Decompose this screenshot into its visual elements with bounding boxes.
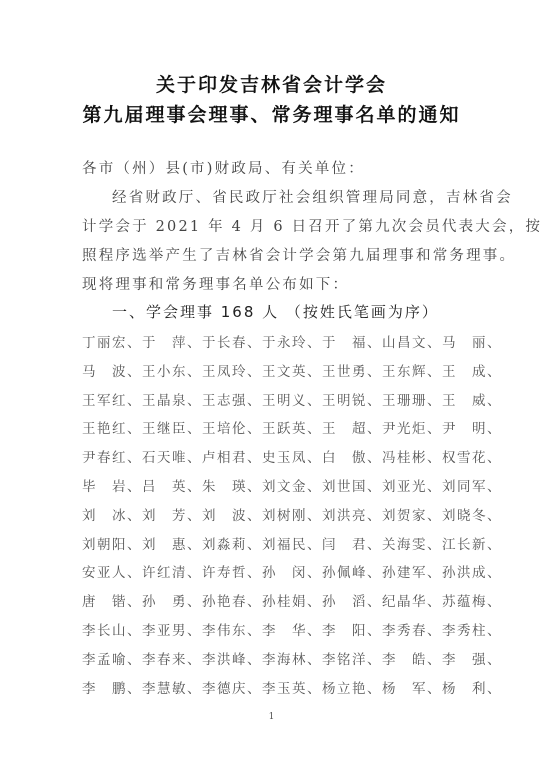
- name-entry: 于 萍、: [142, 331, 202, 351]
- name-entry: 李德庆、: [202, 677, 262, 697]
- name-entry: 刘晓冬、: [442, 504, 502, 524]
- name-entry: 王明锐、: [322, 389, 382, 409]
- name-row: 李长山、李亚男、李伟东、李 华、李 阳、李秀春、李秀柱、: [82, 619, 464, 639]
- body-line-3: 照程序选举产生了吉林省会计学会第九届理事和常务理事。: [82, 244, 462, 265]
- name-row: 王军红、王晶泉、王志强、王明义、王明锐、王珊珊、王 威、: [82, 389, 464, 409]
- name-entry: 毕 岩、: [82, 475, 142, 495]
- page-number: 1: [0, 712, 543, 722]
- name-entry: 刘 波、: [202, 504, 262, 524]
- name-entry: 杨 利、: [442, 677, 502, 697]
- name-entry: 孙 闵、: [262, 561, 322, 581]
- name-entry: 关海雯、: [382, 533, 442, 553]
- name-row: 尹春红、石天唯、卢相君、史玉凤、白 傲、冯桂彬、权雪花、: [82, 446, 464, 466]
- name-entry: 苏蕴梅、: [442, 590, 502, 610]
- name-entry: 李秀柱、: [442, 619, 502, 639]
- name-entry: 于 福、: [322, 331, 382, 351]
- name-entry: 于永玲、: [262, 331, 322, 351]
- name-entry: 李慧敏、: [142, 677, 202, 697]
- name-entry: 孙桂娟、: [262, 590, 322, 610]
- name-entry: 刘洪亮、: [322, 504, 382, 524]
- body-line-4: 现将理事和常务理事名单公布如下：: [82, 273, 462, 294]
- name-entry: 马 波、: [82, 360, 142, 380]
- title-line-2: 第九届理事会理事、常务理事名单的通知: [0, 100, 543, 127]
- name-entry: 史玉凤、: [262, 446, 322, 466]
- name-entry: 王 超、: [322, 417, 382, 437]
- name-entry: 王文英、: [262, 360, 322, 380]
- name-entry: 山昌文、: [382, 331, 442, 351]
- name-entry: 王晶泉、: [142, 389, 202, 409]
- name-entry: 于长春、: [202, 331, 262, 351]
- name-row: 唐 锴、孙 勇、孙艳春、孙桂娟、孙 滔、纪晶华、苏蕴梅、: [82, 590, 464, 610]
- name-entry: 刘福民、: [262, 533, 322, 553]
- name-entry: 刘 芳、: [142, 504, 202, 524]
- name-entry: 李海林、: [262, 648, 322, 668]
- name-entry: 王培伦、: [202, 417, 262, 437]
- name-entry: 刘同军、: [442, 475, 502, 495]
- name-entry: 杨 军、: [382, 677, 442, 697]
- name-entry: 李春来、: [142, 648, 202, 668]
- name-entry: 孙艳春、: [202, 590, 262, 610]
- name-entry: 王东辉、: [382, 360, 442, 380]
- name-entry: 丁丽宏、: [82, 331, 142, 351]
- salutation: 各市（州）县(市)财政局、有关单位：: [82, 157, 462, 178]
- name-entry: 刘世国、: [322, 475, 382, 495]
- name-entry: 许寿哲、: [202, 561, 262, 581]
- name-entry: 王珊珊、: [382, 389, 442, 409]
- name-entry: 闫 君、: [322, 533, 382, 553]
- name-entry: 李 皓、: [382, 648, 442, 668]
- name-entry: 王小东、: [142, 360, 202, 380]
- name-entry: 李 强、: [442, 648, 502, 668]
- name-entry: 王凤玲、: [202, 360, 262, 380]
- name-entry: 孙 勇、: [142, 590, 202, 610]
- name-entry: 李伟东、: [202, 619, 262, 639]
- body-line-1: 经省财政厅、省民政厅社会组织管理局同意，吉林省会: [112, 186, 462, 207]
- name-entry: 李长山、: [82, 619, 142, 639]
- name-entry: 石天唯、: [142, 446, 202, 466]
- name-entry: 刘 惠、: [142, 533, 202, 553]
- name-entry: 李 鹏、: [82, 677, 142, 697]
- body-line-2: 计学会于 2021 年 4 月 6 日召开了第九次会员代表大会，按: [82, 215, 462, 236]
- name-row: 丁丽宏、于 萍、于长春、于永玲、于 福、山昌文、马 丽、: [82, 331, 464, 351]
- name-entry: 朱 瑛、: [202, 475, 262, 495]
- name-entry: 王明义、: [262, 389, 322, 409]
- name-entry: 刘 冰、: [82, 504, 142, 524]
- name-entry: 孙洪成、: [442, 561, 502, 581]
- name-entry: 李铭洋、: [322, 648, 382, 668]
- name-entry: 王军红、: [82, 389, 142, 409]
- name-entry: 王志强、: [202, 389, 262, 409]
- name-entry: 李 华、: [262, 619, 322, 639]
- name-entry: 卢相君、: [202, 446, 262, 466]
- name-row: 毕 岩、吕 英、朱 瑛、刘文金、刘世国、刘亚光、刘同军、: [82, 475, 464, 495]
- name-entry: 孙 滔、: [322, 590, 382, 610]
- name-row: 马 波、王小东、王凤玲、王文英、王世勇、王东辉、王 成、: [82, 360, 464, 380]
- name-entry: 纪晶华、: [382, 590, 442, 610]
- name-entry: 吕 英、: [142, 475, 202, 495]
- name-entry: 刘贺家、: [382, 504, 442, 524]
- title-line-1: 关于印发吉林省会计学会: [0, 70, 543, 97]
- name-entry: 孙建军、: [382, 561, 442, 581]
- name-entry: 尹 明、: [442, 417, 502, 437]
- name-entry: 孙佩峰、: [322, 561, 382, 581]
- name-entry: 王世勇、: [322, 360, 382, 380]
- name-row: 刘朝阳、刘 惠、刘淼莉、刘福民、闫 君、关海雯、江长新、: [82, 533, 464, 553]
- name-entry: 刘淼莉、: [202, 533, 262, 553]
- name-entry: 李洪峰、: [202, 648, 262, 668]
- name-entry: 白 傲、: [322, 446, 382, 466]
- name-entry: 王继臣、: [142, 417, 202, 437]
- name-row: 李孟喻、李春来、李洪峰、李海林、李铭洋、李 皓、李 强、: [82, 648, 464, 668]
- name-row: 李 鹏、李慧敏、李德庆、李玉英、杨立艳、杨 军、杨 利、: [82, 677, 464, 697]
- name-entry: 权雪花、: [442, 446, 502, 466]
- name-entry: 王 成、: [442, 360, 502, 380]
- name-entry: 唐 锴、: [82, 590, 142, 610]
- document-page: 关于印发吉林省会计学会 第九届理事会理事、常务理事名单的通知 各市（州）县(市)…: [0, 0, 543, 768]
- name-entry: 王艳红、: [82, 417, 142, 437]
- name-entry: 冯桂彬、: [382, 446, 442, 466]
- name-entry: 李 阳、: [322, 619, 382, 639]
- name-entry: 刘树刚、: [262, 504, 322, 524]
- name-entry: 尹光炬、: [382, 417, 442, 437]
- name-entry: 马 丽、: [442, 331, 502, 351]
- name-entry: 王 威、: [442, 389, 502, 409]
- name-entry: 杨立艳、: [322, 677, 382, 697]
- name-entry: 许红清、: [142, 561, 202, 581]
- name-entry: 李玉英、: [262, 677, 322, 697]
- name-entry: 刘文金、: [262, 475, 322, 495]
- name-entry: 李孟喻、: [82, 648, 142, 668]
- name-entry: 刘朝阳、: [82, 533, 142, 553]
- name-entry: 安亚人、: [82, 561, 142, 581]
- name-entry: 刘亚光、: [382, 475, 442, 495]
- name-row: 安亚人、许红清、许寿哲、孙 闵、孙佩峰、孙建军、孙洪成、: [82, 561, 464, 581]
- section-heading: 一、学会理事 168 人 （按姓氏笔画为序）: [112, 301, 462, 322]
- name-row: 刘 冰、刘 芳、刘 波、刘树刚、刘洪亮、刘贺家、刘晓冬、: [82, 504, 464, 524]
- name-entry: 李亚男、: [142, 619, 202, 639]
- name-row: 王艳红、王继臣、王培伦、王跃英、王 超、尹光炬、尹 明、: [82, 417, 464, 437]
- name-entry: 李秀春、: [382, 619, 442, 639]
- name-entry: 尹春红、: [82, 446, 142, 466]
- name-entry: 王跃英、: [262, 417, 322, 437]
- name-entry: 江长新、: [442, 533, 502, 553]
